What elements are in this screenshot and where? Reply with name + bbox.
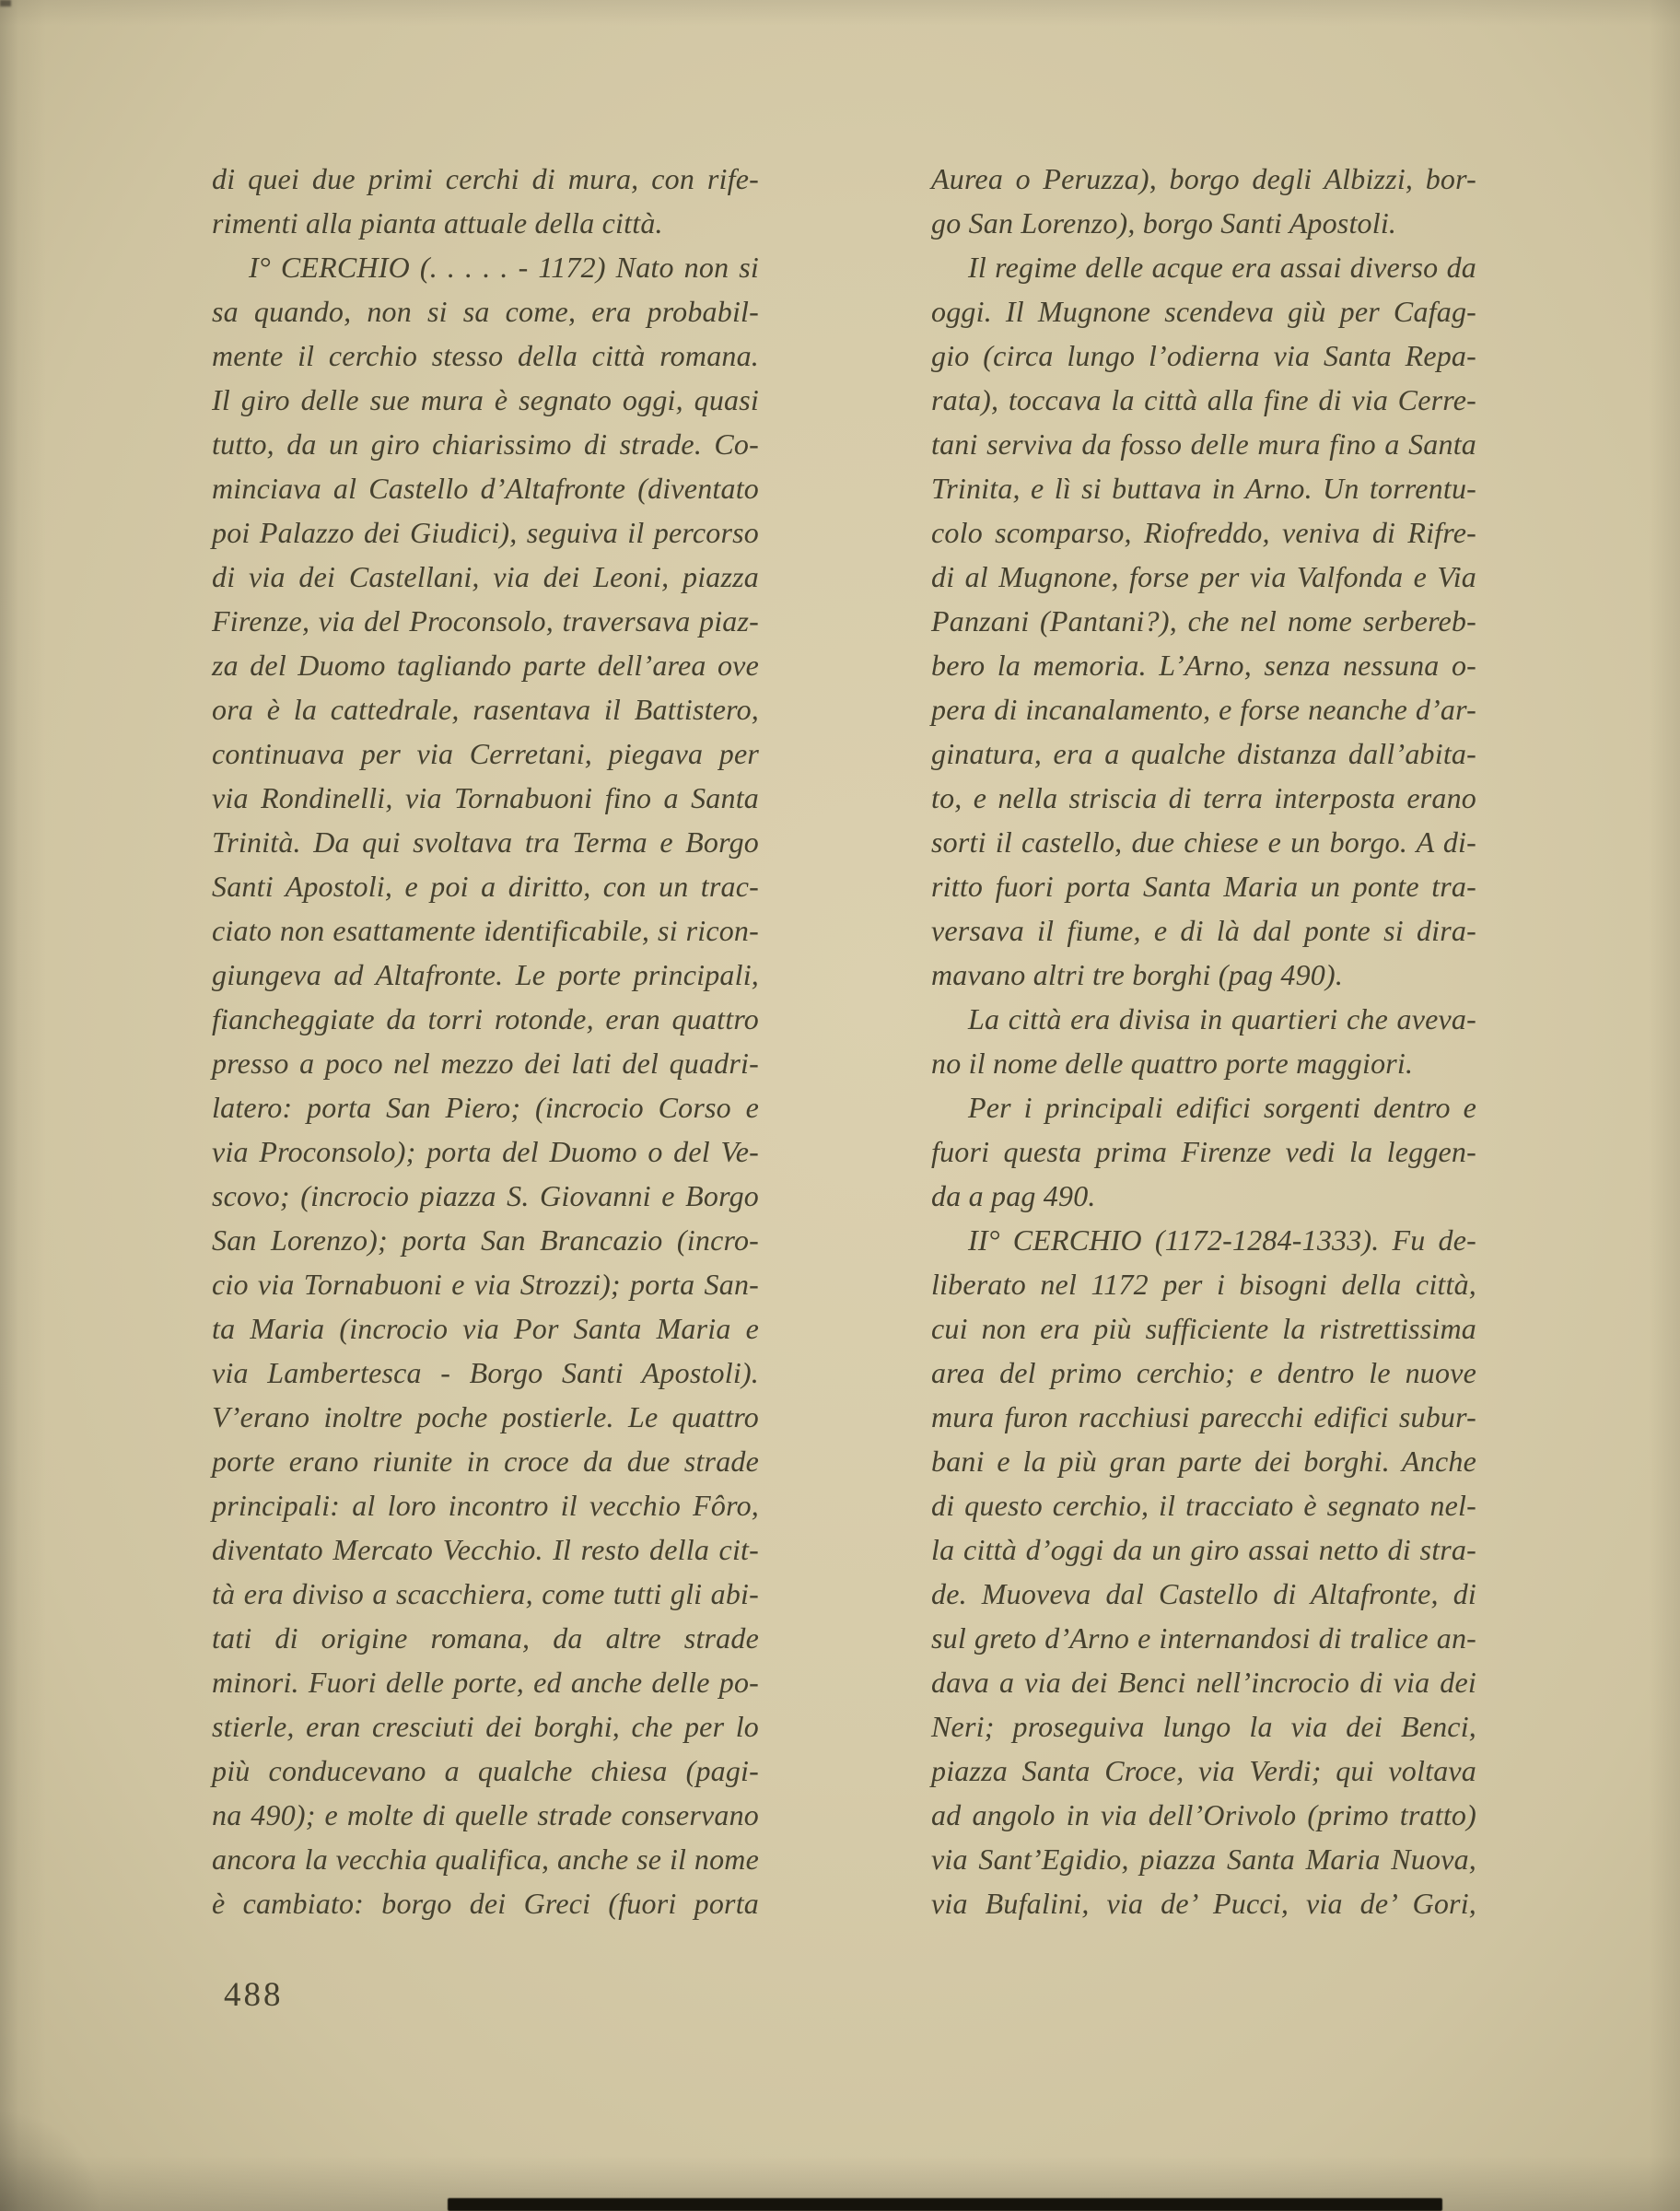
scan-shadow-bottom-left [0, 2110, 101, 2211]
text-line: ta Maria (incrocio via Por Santa Maria e [212, 1306, 759, 1351]
text-line: za del Duomo tagliando parte dell’area o… [212, 643, 759, 687]
text-line: ad angolo in via dell’Orivolo (primo tra… [931, 1793, 1476, 1837]
text-line: più conducevano a qualche chiesa (pagi- [212, 1749, 759, 1793]
text-line: de. Muoveva dal Castello di Altafronte, … [931, 1572, 1476, 1616]
text-line: Panzani (Pantani?), che nel nome serbere… [931, 599, 1476, 643]
text-line: via Proconsolo); porta del Duomo o del V… [212, 1129, 759, 1174]
text-line: è cambiato: borgo dei Greci (fuori porta [212, 1881, 759, 1925]
text-line: dava a via dei Benci nell’incrocio di vi… [931, 1660, 1476, 1704]
text-line: Aurea o Peruzza), borgo degli Albizzi, b… [931, 157, 1476, 201]
text-line: via Sant’Egidio, piazza Santa Maria Nuov… [931, 1837, 1476, 1881]
text-line: mavano altri tre borghi (pag 490). [931, 953, 1476, 997]
text-line: di questo cerchio, il tracciato è segnat… [931, 1483, 1476, 1527]
text-line: cio via Tornabuoni e via Strozzi); porta… [212, 1262, 759, 1306]
text-line: versava il fiume, e di là dal ponte si d… [931, 908, 1476, 953]
text-line: liberato nel 1172 per i bisogni della ci… [931, 1262, 1476, 1306]
text-line: tati di origine romana, da altre strade [212, 1616, 759, 1660]
text-line: na 490); e molte di quelle strade conser… [212, 1793, 759, 1837]
text-line: ginatura, era a qualche distanza dall’ab… [931, 731, 1476, 776]
text-line: tà era diviso a scacchiera, come tutti g… [212, 1572, 759, 1616]
text-line: II° CERCHIO (1172-1284-1333). Fu de- [931, 1218, 1476, 1262]
text-line: via Lambertesca - Borgo Santi Apostoli). [212, 1351, 759, 1395]
text-line: Per i principali edifici sorgenti dentro… [931, 1085, 1476, 1129]
text-line: Trinita, e lì si buttava in Arno. Un tor… [931, 466, 1476, 510]
text-line: tutto, da un giro chiarissimo di strade.… [212, 422, 759, 466]
text-line: I° CERCHIO (. . . . . - 1172) Nato non s… [212, 245, 759, 289]
text-line: San Lorenzo); porta San Brancazio (incro… [212, 1218, 759, 1262]
text-line: go San Lorenzo), borgo Santi Apostoli. [931, 201, 1476, 245]
text-line: via Bufalini, via de’ Pucci, via de’ Gor… [931, 1881, 1476, 1925]
text-line: stierle, eran cresciuti dei borghi, che … [212, 1704, 759, 1749]
text-line: presso a poco nel mezzo dei lati del qua… [212, 1041, 759, 1085]
text-line: ciato non esattamente identificabile, si… [212, 908, 759, 953]
text-line: to, e nella striscia di terra interposta… [931, 776, 1476, 820]
text-line: minori. Fuori delle porte, ed anche dell… [212, 1660, 759, 1704]
text-line: poi Palazzo dei Giudici), seguiva il per… [212, 510, 759, 555]
text-line: ritto fuori porta Santa Maria un ponte t… [931, 864, 1476, 908]
text-line: mura furon racchiusi parecchi edifici su… [931, 1395, 1476, 1439]
text-line: Neri; proseguiva lungo la via dei Benci, [931, 1704, 1476, 1749]
text-line: giungeva ad Altafronte. Le porte princip… [212, 953, 759, 997]
scan-artifact-corner [0, 0, 11, 6]
text-line: Santi Apostoli, e poi a diritto, con un … [212, 864, 759, 908]
text-line: Il giro delle sue mura è segnato oggi, q… [212, 378, 759, 422]
text-line: bani e la più gran parte dei borghi. Anc… [931, 1439, 1476, 1483]
text-line: da a pag 490. [931, 1174, 1476, 1218]
text-line: scovo; (incrocio piazza S. Giovanni e Bo… [212, 1174, 759, 1218]
text-line: piazza Santa Croce, via Verdi; qui volta… [931, 1749, 1476, 1793]
text-line: rimenti alla pianta attuale della città. [212, 201, 759, 245]
text-line: bero la memoria. L’Arno, senza nessuna o… [931, 643, 1476, 687]
text-line: Il regime delle acque era assai diverso … [931, 245, 1476, 289]
text-line: rata), toccava la città alla fine di via… [931, 378, 1476, 422]
page-number: 488 [224, 1975, 284, 2015]
text-line: area del primo cerchio; e dentro le nuov… [931, 1351, 1476, 1395]
text-line: di al Mugnone, forse per via Valfonda e … [931, 555, 1476, 599]
text-line: sa quando, non si sa come, era probabil- [212, 289, 759, 333]
text-line: V’erano inoltre poche postierle. Le quat… [212, 1395, 759, 1439]
text-line: di quei due primi cerchi di mura, con ri… [212, 157, 759, 201]
text-line: di via dei Castellani, via dei Leoni, pi… [212, 555, 759, 599]
book-page-scan: di quei due primi cerchi di mura, con ri… [0, 0, 1680, 2211]
text-line: colo scomparso, Riofreddo, veniva di Rif… [931, 510, 1476, 555]
text-line: continuava per via Cerretani, piegava pe… [212, 731, 759, 776]
text-line: ancora la vecchia qualifica, anche se il… [212, 1837, 759, 1881]
text-line: fuori questa prima Firenze vedi la legge… [931, 1129, 1476, 1174]
text-line: la città d’oggi da un giro assai netto d… [931, 1527, 1476, 1572]
text-line: cui non era più sufficiente la ristretti… [931, 1306, 1476, 1351]
text-line: Firenze, via del Proconsolo, traversava … [212, 599, 759, 643]
text-line: oggi. Il Mugnone scendeva giù per Cafag- [931, 289, 1476, 333]
text-line: porte erano riunite in croce da due stra… [212, 1439, 759, 1483]
text-line: no il nome delle quattro porte maggiori. [931, 1041, 1476, 1085]
text-line: La città era divisa in quartieri che ave… [931, 997, 1476, 1041]
text-line: diventato Mercato Vecchio. Il resto dell… [212, 1527, 759, 1572]
text-line: via Rondinelli, via Tornabuoni fino a Sa… [212, 776, 759, 820]
text-line: fiancheggiate da torri rotonde, eran qua… [212, 997, 759, 1041]
text-line: Trinità. Da qui svoltava tra Terma e Bor… [212, 820, 759, 864]
right-column: Aurea o Peruzza), borgo degli Albizzi, b… [931, 157, 1476, 1925]
text-line: mente il cerchio stesso della città roma… [212, 333, 759, 378]
left-column: di quei due primi cerchi di mura, con ri… [212, 157, 759, 1925]
text-line: sul greto d’Arno e internandosi di trali… [931, 1616, 1476, 1660]
text-line: tani serviva da fosso delle mura fino a … [931, 422, 1476, 466]
text-line: ora è la cattedrale, rasentava il Battis… [212, 687, 759, 731]
text-line: principali: al loro incontro il vecchio … [212, 1483, 759, 1527]
text-line: gio (circa lungo l’odierna via Santa Rep… [931, 333, 1476, 378]
text-line: sorti il castello, due chiese e un borgo… [931, 820, 1476, 864]
text-line: minciava al Castello d’Altafronte (diven… [212, 466, 759, 510]
scan-artifact-bottom-bar [448, 2198, 1442, 2211]
text-line: latero: porta San Piero; (incrocio Corso… [212, 1085, 759, 1129]
text-line: pera di incanalamento, e forse neanche d… [931, 687, 1476, 731]
